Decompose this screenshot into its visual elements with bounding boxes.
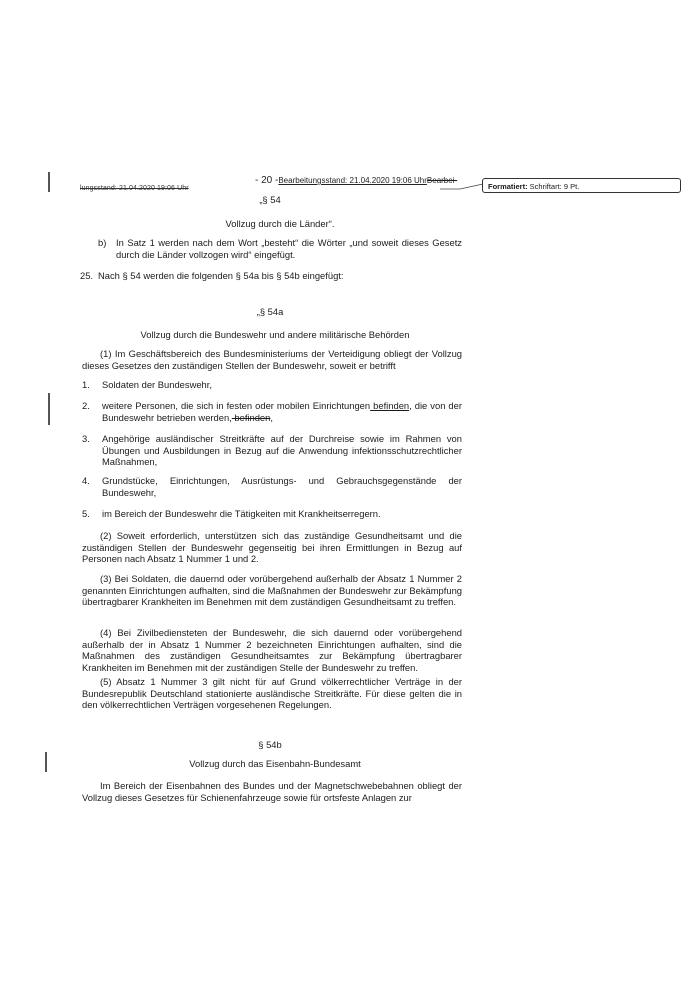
item-b-text: In Satz 1 werden nach dem Wort „besteht“… — [116, 237, 462, 260]
list-text: weitere Personen, die sich in festen ode… — [102, 400, 462, 423]
inserted-text: befinden — [370, 400, 409, 411]
text-after: , — [270, 412, 273, 423]
formatting-comment-balloon[interactable]: Formatiert: Schriftart: 9 Pt. — [482, 178, 681, 193]
section-54b-para-1: Im Bereich der Eisenbahnen des Bundes un… — [82, 780, 462, 803]
list-number: 5. — [82, 508, 90, 520]
comment-connector-line — [440, 180, 485, 192]
list-number: 4. — [82, 475, 90, 487]
change-bar — [48, 172, 50, 192]
header-struck-status: lungsstand: 21.04.2020 19:06 Uhr — [80, 185, 189, 192]
section-54a-para-2: (2) Soweit erforderlich, unterstützen si… — [82, 530, 462, 565]
section-54a-title: Vollzug durch die Bundeswehr und andere … — [100, 329, 450, 341]
page-number: - 20 - — [255, 175, 278, 186]
list-number: 3. — [82, 433, 90, 445]
list-text: Grundstücke, Einrichtungen, Ausrüstungs-… — [102, 475, 462, 498]
list-text: im Bereich der Bundeswehr die Tätigkeite… — [102, 508, 462, 520]
section-54b-title: Vollzug durch das Eisenbahn-Bundesamt — [150, 758, 400, 770]
section-54a-para-1: (1) Im Geschäftsbereich des Bundesminist… — [82, 348, 462, 371]
section-54a-para-4: (4) Bei Zivilbediensteten der Bundeswehr… — [82, 627, 462, 673]
list-text: Angehörige ausländischer Streitkräfte au… — [102, 433, 462, 468]
text-before: weitere Personen, die sich in festen ode… — [102, 400, 370, 411]
list-number: 1. — [82, 379, 90, 391]
section-54a-para-3: (3) Bei Soldaten, die dauernd oder vorüb… — [82, 573, 462, 608]
document-page: lungsstand: 21.04.2020 19:06 Uhr - 20 -B… — [0, 0, 700, 990]
item-25-text: Nach § 54 werden die folgenden § 54a bis… — [98, 270, 462, 282]
section-54b-heading: § 54b — [240, 739, 300, 751]
change-bar — [45, 752, 47, 772]
page-header: - 20 -Bearbeitungsstand: 21.04.2020 19:0… — [255, 175, 457, 186]
section-54a-heading: „§ 54a — [240, 306, 300, 318]
comment-label: Formatiert: — [488, 182, 528, 191]
item-25-marker: 25. — [80, 270, 93, 282]
item-b-marker: b) — [98, 237, 106, 249]
section-54-heading: „§ 54 — [240, 194, 300, 206]
deleted-text: befinden — [232, 412, 271, 423]
comment-text: Schriftart: 9 Pt. — [528, 182, 580, 191]
header-inserted-status: Bearbeitungsstand: 21.04.2020 19:06 Uhr — [278, 176, 427, 185]
list-number: 2. — [82, 400, 90, 412]
change-bar — [48, 393, 50, 425]
section-54a-para-5: (5) Absatz 1 Nummer 3 gilt nicht für auf… — [82, 676, 462, 711]
section-54-title: Vollzug durch die Länder“. — [180, 218, 380, 230]
list-text: Soldaten der Bundeswehr, — [102, 379, 462, 391]
